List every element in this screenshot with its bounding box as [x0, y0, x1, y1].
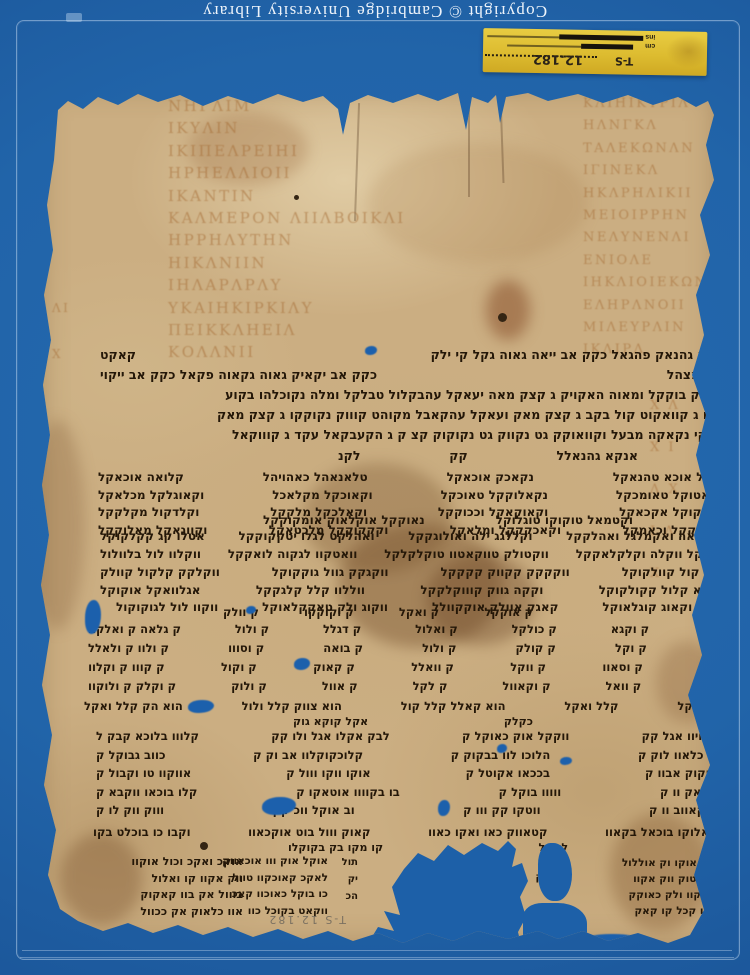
- ms-text-segment: ΕΝΙΟΛΕ: [583, 250, 654, 272]
- ms-text-row: ΥΚΑΙΗΚΙΡΚΙΛΥ: [168, 297, 528, 319]
- ms-text-segment: לאקכ קאוכקוו טוול: [232, 872, 328, 889]
- ms-text-segment: אוקו ווקו ווול ק: [286, 766, 370, 785]
- ms-text-row: יק: [332, 874, 358, 891]
- hebrew-block-f-header: כקלקאקל קוקא גוק: [293, 715, 533, 728]
- ms-text-row: ΙΚΑΝΤΙΝ: [168, 185, 528, 207]
- ms-text-segment: ק וקלק ק ולוקוו: [88, 679, 176, 698]
- ms-text-row: ΠΕΙΚΚΛΗΕΙΛ: [168, 319, 528, 341]
- ms-text-segment: וקללגג ילה ואולוגקקל: [408, 529, 532, 547]
- ms-text-segment: ק וקל: [615, 641, 647, 660]
- ms-text-segment: גאוה גהנאק פהגאל כקק אב ייאה גאוה גקל קי…: [431, 347, 725, 367]
- ms-text-segment: בככאו אקוטל ק: [466, 766, 550, 785]
- ms-text-row: ΗΡΗΕΛΛΙΟΙΙ: [168, 162, 528, 184]
- hebrew-block-e-header: ק אוקקלק ואקלק וקוקקוק וולק: [223, 605, 533, 619]
- ms-text-segment: ק אוול: [322, 679, 358, 698]
- hebrew-center-bits: לקקלקו מקו בק בקוקלו: [288, 841, 568, 854]
- ms-text-segment: ק ולול: [235, 622, 269, 641]
- ms-text-segment: ווללוו קלל קלגקקל: [256, 583, 365, 601]
- ms-text-segment: קאקט: [100, 347, 136, 367]
- ms-text-segment: קו מקו בק בקוקלו: [288, 841, 383, 854]
- ms-text-segment: הקו ג קוואקוט קול בקב ג קצק מאק ועאקל עה…: [217, 407, 725, 427]
- ms-text-row: וו כקוקאווב וו קווטקו קק ווו קוב אוקל וו…: [96, 803, 736, 822]
- glass-edge-line: [20, 957, 734, 958]
- ms-text-row: ΗΡΡΗΛΥΤΗΝ: [168, 229, 528, 251]
- ms-text-segment: קלוכקוקלוו אב וק ק: [253, 748, 363, 767]
- ms-text-row: לוכאו ויוו אגל קקווקקל אוק כאוקל קלבק אק…: [96, 729, 736, 748]
- ms-text-segment: בו בקוווו אוטאקו ק: [296, 785, 400, 804]
- ms-text-segment: טלאנאהל כאהויהל: [263, 470, 368, 488]
- ms-text-segment: ק וקוקקו: [304, 605, 354, 619]
- ms-text-segment: ΗΡΡΗΛΥΤΗΝ: [168, 229, 294, 251]
- ms-text-row: ק גקלק וקגאק כולקלק ואלולק דגללק ולולק ג…: [88, 622, 736, 641]
- ms-text-segment: נקאלוקקל טאוכקל: [441, 488, 548, 506]
- ms-text-row: קלוו קול קוולקוקלווקקקק קקווק קקקקלווקגק…: [100, 565, 728, 583]
- ms-text-segment: ΕΛΗΡΛΝΟΙΙ: [583, 295, 686, 317]
- glass-clip: [66, 13, 82, 22]
- ms-text-segment: ΗΚΛΡΗΛΙΚΙΙ: [583, 183, 693, 205]
- ms-text-row: ΚΑΛΜΕΡΟΝ ΛΙΙΛΒΟΙΚΛΙ: [168, 207, 528, 229]
- ms-text-segment: וואטקוו לגקוה לואקקל: [228, 547, 357, 565]
- ms-text-segment: ווקטולק טווקאטוו טוקלקלקל: [384, 547, 549, 565]
- ms-text-segment: אווקוו טו וקבול ק: [96, 766, 191, 785]
- ms-text-segment: ק קאוק: [313, 660, 355, 679]
- ms-text-segment: תול: [342, 857, 358, 874]
- ms-text-segment: אטלו קג קקלקוקל: [100, 529, 205, 547]
- ruler-classmark-number: 12.182: [533, 51, 583, 67]
- ms-text-row: בק ימצהלכקק אב יקאיק גאוה גקאוה פקאל כקק…: [100, 367, 725, 387]
- ms-text-row: ינאקל אוכא טהנאקלנקאכק אוכאקלטלאנאהל כאה…: [98, 470, 730, 488]
- ms-text-segment: ווקקל אוק כאוקל ק: [462, 729, 569, 748]
- ms-text-segment: ΥΚΑΙΗΚΙΡΚΙΛΥ: [168, 297, 314, 319]
- ms-text-segment: ק וקול: [221, 660, 257, 679]
- hebrew-block-g-center: אוקל אוק ווו אוכאווקלאקכ קאוכקוו טוולכו …: [210, 855, 328, 921]
- hebrew-block-a: גאוה גהנאק פהגאל כקק אב ייאה גאוה גקל קי…: [100, 347, 725, 447]
- ms-text-row: ווקטקל ווקלה וקלקלאקקלווקטולק טווקאטוו ט…: [100, 547, 728, 565]
- ms-text-row: ק וולוקק וואלק וקאוולק לקלק אוולק ולוקק …: [88, 679, 736, 698]
- ms-text-segment: קלווו בלוכא קבק ל: [96, 729, 199, 748]
- ms-text-segment: ואהלקט לגלו יטקקוקקל: [238, 529, 374, 547]
- ms-text-segment: מאקי נקאקה מבעל וקוואוקק גט נקווק גט נקו…: [232, 427, 725, 447]
- ms-text-row: ק הקווק וסאווק ווקלק וואללק קאוקק וקולק …: [88, 660, 736, 679]
- hebrew-block-c: וקטמאל טוקוקו טוגלוקלנאוקקל אוקלאוק אומק…: [263, 513, 633, 527]
- ms-text-segment: ΙΗΚΛΙΟΙΕΚΩΝ: [583, 272, 708, 294]
- ms-text-segment: ק דגלל: [323, 622, 361, 641]
- ms-text-segment: ווקקקק קקווק קקקקל: [440, 565, 569, 583]
- ms-text-segment: ΙΚΑΝΤΙΝ: [168, 185, 256, 207]
- ms-text-segment: ווקלוו לול בלוולול: [100, 547, 201, 565]
- ms-text-row: כו בוקל כאוכוו קאכ: [210, 888, 328, 905]
- ms-text-row: הוכוק אק וו קווווו בוקל קבו בקוווו אוטאק…: [96, 785, 736, 804]
- hebrew-block-e-wide: הנט אהקלקלל ואקלהוא קאלל קלל קולהוא צווק…: [84, 699, 734, 713]
- ms-text-row: ק גוקק וקלק קולקק ולולק בואהק וסוווק ולו…: [88, 641, 736, 660]
- ms-text-segment: כו בוקל כאוכוו קאכ: [232, 888, 328, 905]
- ms-text-segment: ווקוו לול לגוקוקול: [116, 600, 218, 614]
- ms-text-row: ΗΙΚΛΝΙΙΝ: [168, 252, 528, 274]
- ms-text-segment: ק כולקל: [512, 622, 557, 641]
- ms-text-segment: ק וואל: [606, 679, 642, 698]
- ms-text-segment: אקל קוקא גוק: [293, 715, 368, 728]
- ms-text-segment: ק ואלול: [415, 622, 458, 641]
- ms-text-segment: ווקלקק קלקול קוולק: [100, 565, 220, 583]
- ms-text-segment: וקאוכקל מקלאכל: [272, 488, 372, 506]
- ms-text-segment: לקנ: [338, 448, 360, 463]
- ms-text-segment: ק וסאוו: [602, 660, 643, 679]
- ms-text-row: ΙΓΙΝΕΚΛ: [583, 160, 728, 182]
- ms-text-row: ΛΙ: [52, 285, 112, 331]
- hebrew-block-f: לוכאו ויוו אגל קקווקקל אוק כאוקל קלבק אק…: [96, 729, 736, 822]
- ms-text-segment: ΙΓΙΝΕΚΛ: [583, 160, 660, 182]
- glass-edge-line: [22, 950, 732, 951]
- ms-text-segment: ק ולול: [422, 641, 456, 660]
- ms-text-row: וקגווא קלול קקולקוקלוקקה גווק קוווקלקקלו…: [100, 583, 728, 601]
- ms-text-segment: וולאק בוקקל ומאוה האקויק ג קצק מאה יעאקל…: [225, 387, 725, 407]
- ms-text-row: וקלאטוקל טאומכקלנקאלוקקל טאוכקלוקאוכקל מ…: [98, 488, 730, 506]
- ms-text-segment: אנקא גהנאלל: [557, 448, 638, 463]
- ms-text-segment: ק וואלל: [411, 660, 454, 679]
- ruler-scale-ins-solid: [559, 34, 643, 40]
- ms-text-segment: Χ: [52, 331, 63, 377]
- ms-text-segment: ק ווקל: [510, 660, 546, 679]
- ms-text-segment: ΝΕΛΥΝΕΝΛΙ: [583, 227, 691, 249]
- hebrew-block-e: ק גקלק וקגאק כולקלק ואלולק דגללק ולולק ג…: [88, 622, 736, 698]
- ms-text-row: ΙΚΙΠΕΛΡΕΙΗΙ: [168, 140, 528, 162]
- ms-text-segment: ק גלאה ק ואלקוו: [88, 622, 181, 641]
- ms-text-row: ווקמלאה ואקמלגל ואהלקקלוקללגג ילה ואולוג…: [100, 529, 728, 547]
- ms-text-row: הקו ג קוואקוט קול בקב ג קצק מאק ועאקל עה…: [100, 407, 725, 427]
- ms-text-row: ΤΑΛΕΚΩΝΛΝ: [583, 138, 728, 160]
- ms-text-row: ΙΗΛΑΡΛΡΛΥ: [168, 274, 528, 296]
- ms-text-segment: וקאוגלקל מכלאקל: [98, 488, 204, 506]
- ms-text-segment: הוא צווק קלל ולול: [242, 699, 342, 713]
- ms-text-segment: ΗΙΚΛΝΙΙΝ: [168, 252, 267, 274]
- ms-text-segment: ΛΙ: [52, 285, 70, 331]
- ruler-label-cm: cm: [645, 42, 655, 49]
- ms-text-segment: ק אוקקל: [484, 605, 533, 619]
- ms-text-segment: ק וקאוול: [502, 679, 550, 698]
- ms-text-segment: קלואה אוכאקל: [98, 470, 184, 488]
- copyright-text: Copyright © Cambridge University Library: [202, 0, 547, 22]
- ms-text-segment: אגלוואקל אוקוקל: [100, 583, 201, 601]
- ms-text-segment: הכ: [345, 891, 358, 908]
- ruler-classmark-prefix: T-S: [615, 54, 634, 67]
- ms-text-segment: ק ואקל: [399, 605, 439, 619]
- ms-text-segment: הוא הק קלל ואקל: [84, 699, 183, 713]
- ruler-scale-cm-solid: [581, 44, 633, 50]
- ms-text-segment: ΗΡΗΕΛΛΙΟΙΙ: [168, 162, 292, 184]
- ms-text-segment: כקק אב יקאיק גאוה גקאוה פקאל כקק אב ייקו…: [100, 367, 377, 387]
- hebrew-hole-edge-left: תוליקהכ: [332, 857, 358, 908]
- pencil-shelfmark: T-S 12.182: [246, 913, 346, 926]
- ms-text-segment: יק: [348, 874, 358, 891]
- ms-text-segment: כווב גבוקל ק: [96, 748, 165, 767]
- ms-text-segment: הוא קאלל קלל קול: [401, 699, 506, 713]
- hebrew-block-f-wide: אווק אלוקו בוכאל בקאווקטאווק כאו ואקו כא…: [93, 825, 738, 839]
- ms-text-segment: ק לקל: [413, 679, 448, 698]
- ms-text-row: בלוקוקוק אבוו קבככאו אקוטל קאוקו ווקו וו…: [96, 766, 736, 785]
- ms-text-segment: ΙΚΙΠΕΛΡΕΙΗΙ: [168, 140, 299, 162]
- ms-text-segment: וקבו כו בוכלט בקו: [93, 825, 191, 839]
- ms-text-row: תול: [332, 857, 358, 874]
- ms-text-row: הכ: [332, 891, 358, 908]
- ms-text-segment: ק קולק: [516, 641, 556, 660]
- ms-text-segment: קטאווק כאו ואקו כאוו: [428, 825, 547, 839]
- ms-text-segment: ק ולוו ק ולאלל: [88, 641, 169, 660]
- ms-text-segment: ק בואה: [323, 641, 363, 660]
- hebrew-block-a-center: אנקא גהנאללקקלקנ: [338, 448, 638, 463]
- ms-text-row: וולאק בוקקל ומאוה האקויק ג קצק מאה יעאקל…: [100, 387, 725, 407]
- ms-text-segment: ק וקגא: [611, 622, 649, 641]
- ms-text-segment: ק קווו ק וקלוו: [88, 660, 165, 679]
- ms-text-row: ΙΚΥΛΙΝ: [168, 117, 528, 139]
- ms-text-row: גלקוו כלאוו לוק קהלוכו לוו בבקוק קקלוכקו…: [96, 748, 736, 767]
- ms-text-segment: ווטקו קק ווו ק: [463, 803, 540, 822]
- scale-ruler: ins cm 12.182 T-S: [483, 28, 708, 76]
- ruler-scale-cm: [507, 44, 581, 47]
- ms-text-segment: קלו בוכאו ווקבא ק: [96, 785, 197, 804]
- ink-speck: [200, 842, 208, 850]
- ruler-worn-end: [661, 31, 708, 76]
- ms-text-segment: נאוקקל אוקלאוק אומקוקקל: [263, 513, 425, 527]
- ms-text-row: ΗΛΝΓΚΛ: [583, 115, 728, 137]
- ms-text-segment: קלל ואקל: [564, 699, 618, 713]
- ms-text-segment: ק ולוק: [231, 679, 267, 698]
- ms-text-segment: כקלק: [504, 715, 533, 728]
- ms-text-segment: אוקל אוק ווו אוכאווק: [222, 855, 328, 872]
- greek-undertext-left-column: ΝΗΓΛΙΜΙΚΥΛΙΝΙΚΙΠΕΛΡΕΙΗΙΗΡΗΕΛΛΙΟΙΙΙΚΑΝΤΙΝ…: [168, 95, 528, 364]
- ms-text-segment: וקקה גווק קוווקלקקל: [420, 583, 543, 601]
- ms-text-segment: ΙΚΥΛΙΝ: [168, 117, 240, 139]
- ms-text-segment: ΙΗΛΑΡΛΡΛΥ: [168, 274, 283, 296]
- ms-text-segment: ווקגקק גוול גוקקוקל: [272, 565, 389, 583]
- ms-text-segment: ווווו בוקל ק: [499, 785, 562, 804]
- ruler-label-ins: ins: [645, 33, 655, 40]
- ms-text-row: אוקל אוק ווו אוכאווק: [210, 855, 328, 872]
- ms-text-segment: ΜΙΛΕΥΡΛΙΝ: [583, 317, 686, 339]
- ms-text-segment: ΚΑΛΜΕΡΟΝ ΛΙΙΛΒΟΙΚΛΙ: [168, 207, 406, 229]
- ms-text-row: מאקי נקאקה מבעל וקוואוקק גט נקווק גט נקו…: [100, 427, 725, 447]
- photo-background: { "banner": { "copyright": "Copyright © …: [0, 0, 750, 975]
- ms-text-segment: ΜΕΙΟΙΡΡΗΝ: [583, 205, 689, 227]
- ms-text-segment: לבק אקלו אגל ולו קק: [271, 729, 389, 748]
- ms-text-row: גאוה גהנאק פהגאל כקק אב ייאה גאוה גקל קי…: [100, 347, 725, 367]
- ms-text-segment: ΗΛΝΓΚΛ: [583, 115, 658, 137]
- ms-text-segment: ΤΑΛΕΚΩΝΛΝ: [583, 138, 695, 160]
- ms-text-segment: וקלדקול מקלקקל: [98, 505, 199, 523]
- ms-text-segment: קק: [449, 448, 467, 463]
- ms-text-segment: וווק ווק לו ק: [96, 803, 164, 822]
- hebrew-block-d: ווקמלאה ואקמלגל ואהלקקלוקללגג ילה ואולוג…: [100, 529, 728, 601]
- ms-text-segment: ΠΕΙΚΚΛΗΕΙΛ: [168, 319, 297, 341]
- ms-text-row: לאקכ קאוכקוו טוול: [210, 872, 328, 889]
- ms-text-segment: ק וסווו: [228, 641, 264, 660]
- ms-text-segment: נקאכק אוכאקל: [447, 470, 534, 488]
- ms-text-segment: קאוק ווול בוט אוקכאוו: [248, 825, 370, 839]
- ms-text-segment: וקטמאל טוקוקו טוגלוקל: [496, 513, 633, 527]
- manuscript-fragment: ΝΗΓΛΙΜΙΚΥΛΙΝΙΚΙΠΕΛΡΕΙΗΙΗΡΗΕΛΛΙΟΙΙΙΚΑΝΤΙΝ…: [38, 85, 718, 947]
